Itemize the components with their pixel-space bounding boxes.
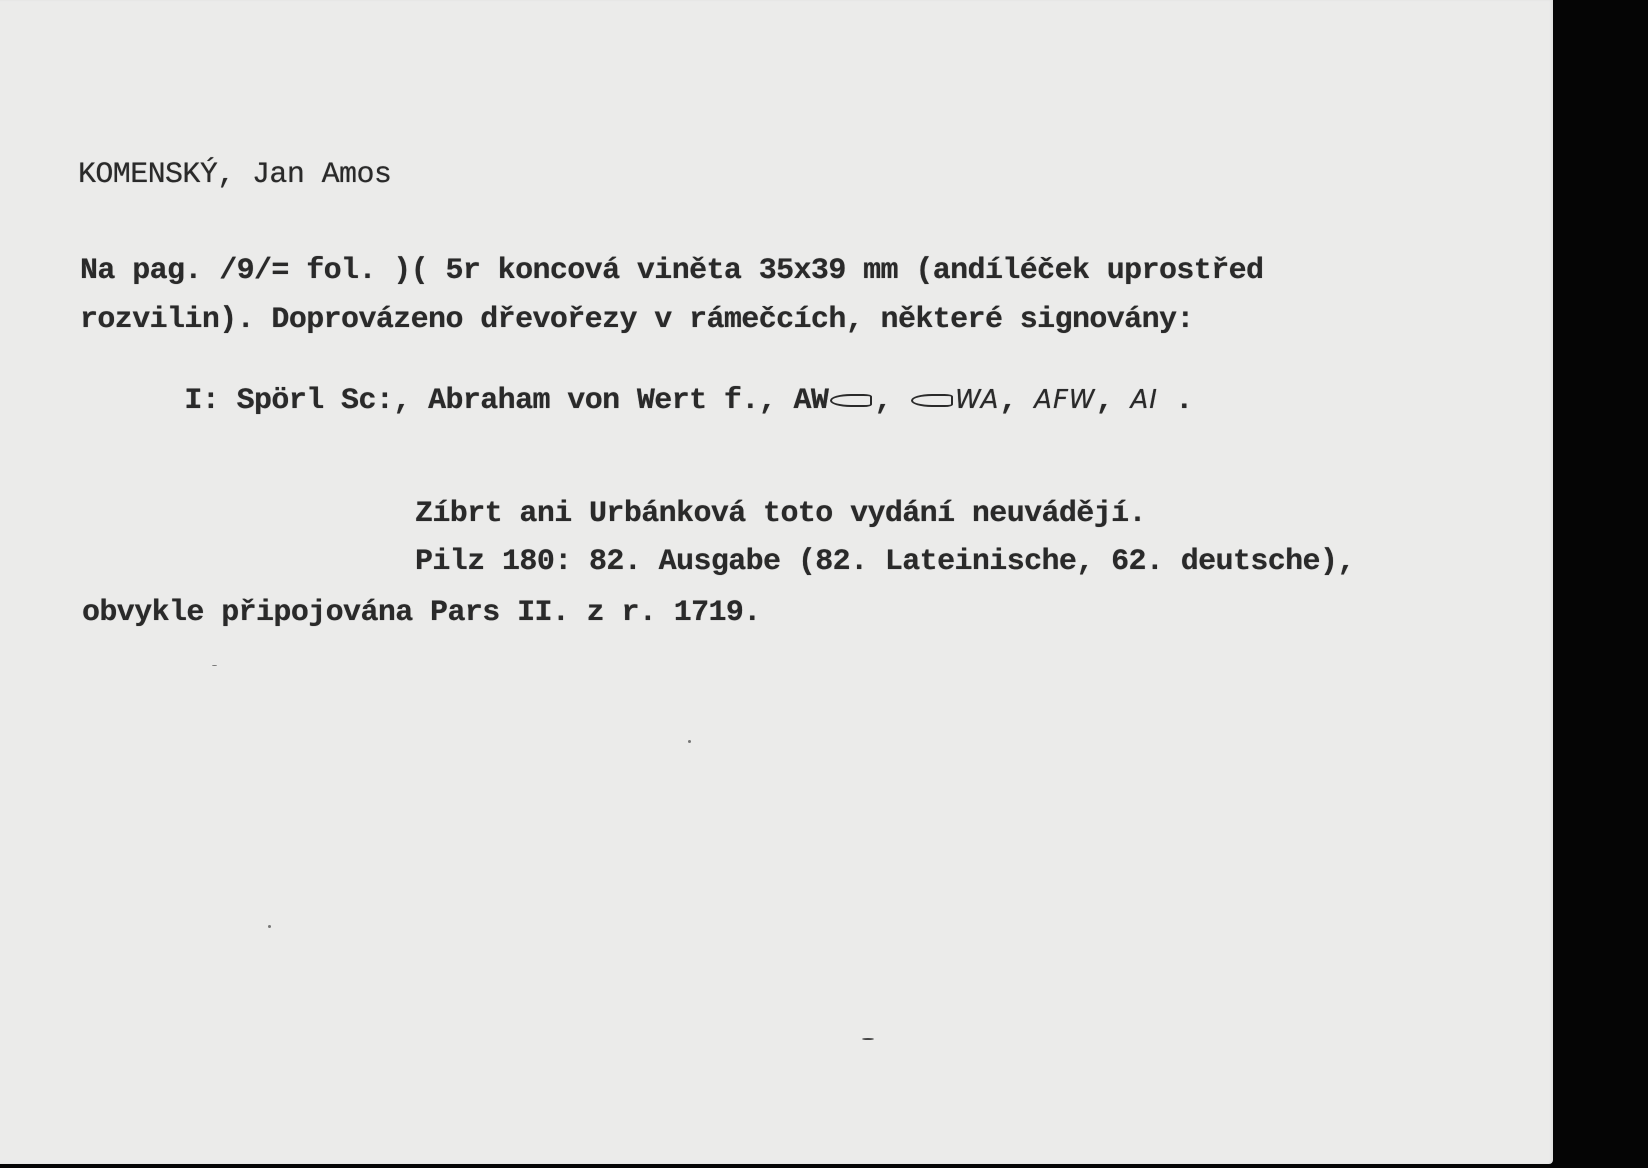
- final-period: .: [1158, 384, 1193, 418]
- description-line-3: I: Spörl Sc:, Abraham von Wert f., AW, W…: [80, 350, 1193, 452]
- monogram-mark-icon: [830, 394, 872, 407]
- scanned-catalog-card-image: KOMENSKÝ, Jan Amos Na pag. /9/= fol. )( …: [0, 0, 1648, 1168]
- description-line-1: Na pag. /9/= fol. )( 5r koncová viněta 3…: [80, 254, 1263, 288]
- paper-speck: [268, 925, 271, 928]
- description-line-3-text: I: Spörl Sc:, Abraham von Wert f., AW: [184, 384, 828, 418]
- separator-comma: ,: [874, 384, 909, 418]
- note-line-1: Zíbrt ani Urbánková toto vydání neuváděj…: [415, 497, 1146, 531]
- separator-comma: ,: [999, 384, 1034, 418]
- signature-afw: AFW: [1034, 385, 1095, 415]
- separator-comma: ,: [1096, 384, 1131, 418]
- note-line-2: Pilz 180: 82. Ausgabe (82. Lateinische, …: [415, 545, 1355, 579]
- note-line-3: obvykle připojována Pars II. z r. 1719.: [82, 596, 761, 630]
- card-heading-author: KOMENSKÝ, Jan Amos: [78, 158, 391, 192]
- monogram-mark-icon: [911, 394, 953, 407]
- signature-ai: AI: [1130, 385, 1157, 415]
- paper-speck: [212, 665, 217, 666]
- paper-speck: [688, 740, 691, 743]
- paper-speck: [862, 1038, 874, 1040]
- catalog-card: KOMENSKÝ, Jan Amos Na pag. /9/= fol. )( …: [0, 0, 1553, 1164]
- description-line-2: rozvilin). Doprovázeno dřevořezy v rámeč…: [80, 303, 1194, 337]
- signature-wa: WA: [955, 385, 999, 415]
